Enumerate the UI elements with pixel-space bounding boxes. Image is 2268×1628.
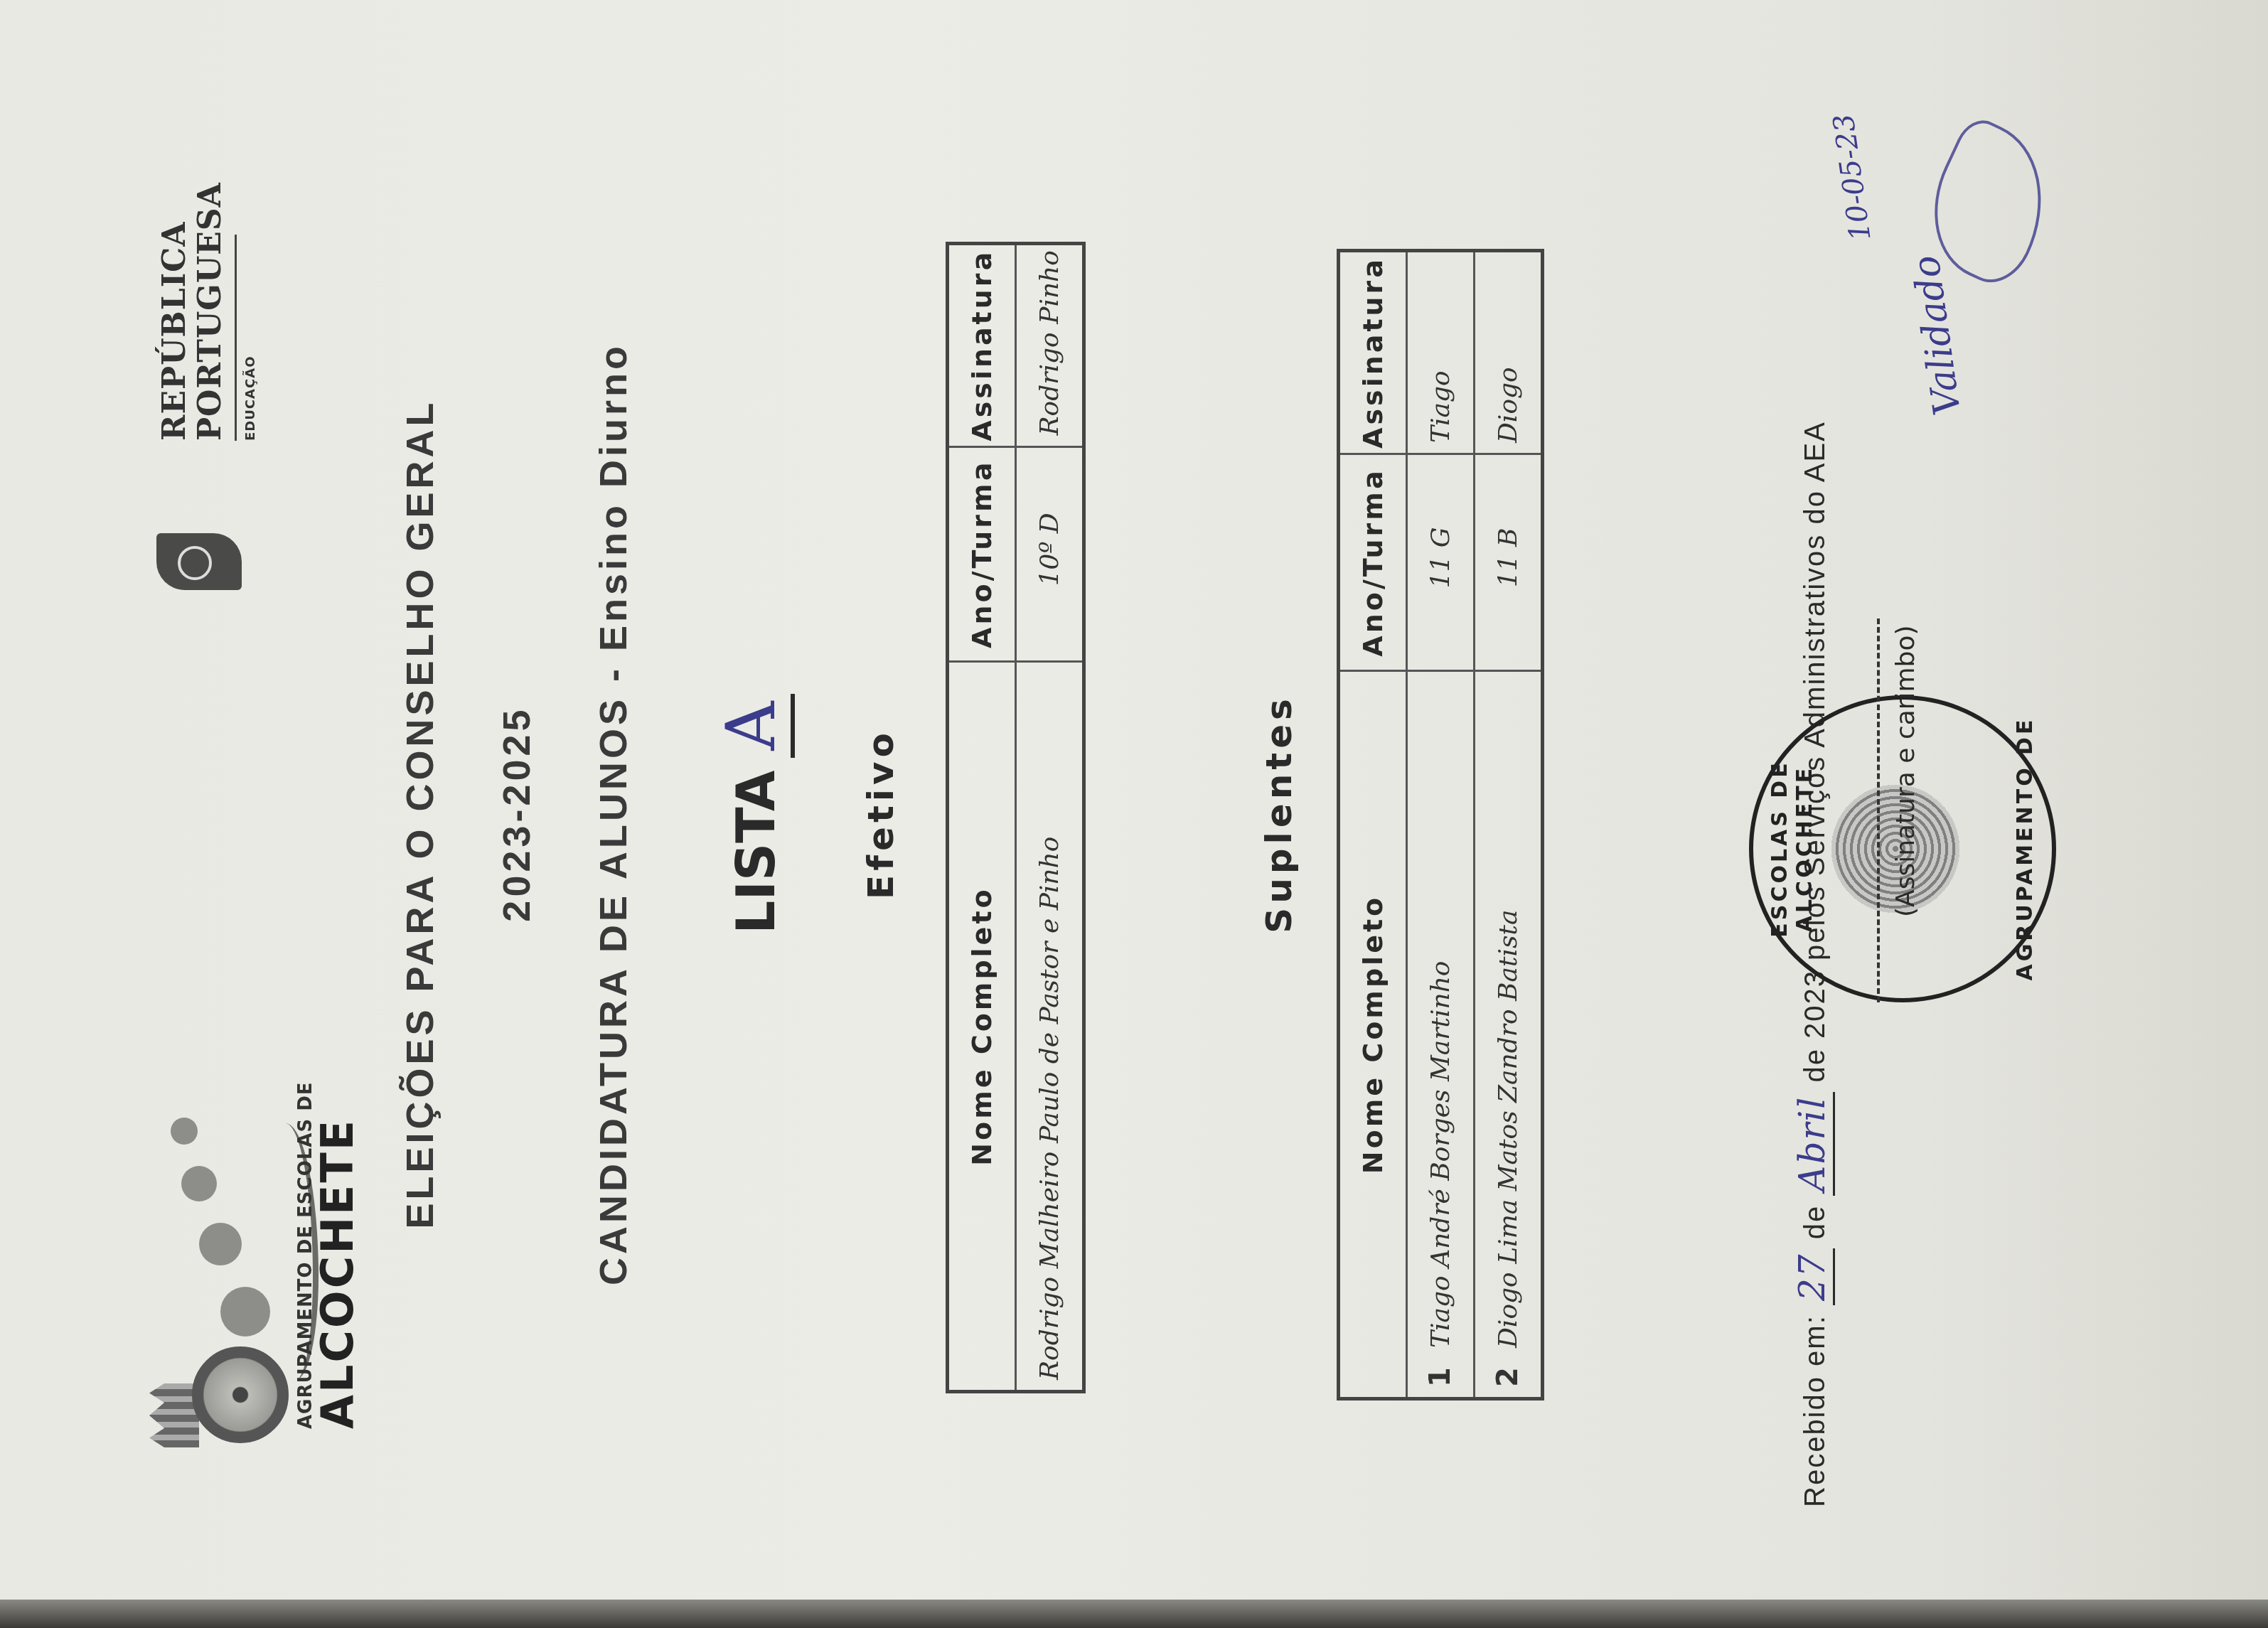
section-efetivo-title: Efetivo: [860, 0, 902, 1628]
candidate-class: 11 G: [1407, 454, 1475, 671]
republic-emblem-icon: [156, 533, 242, 590]
stamp-bottom-text: AGRUPAMENTO DE: [2013, 700, 2038, 998]
dot-icon: [181, 1166, 217, 1201]
candidate-name: Diogo Lima Matos Zandro Batista: [1475, 671, 1543, 1359]
received-label: Recebido em:: [1799, 1314, 1831, 1507]
signature-caption: (Assinatura e carimbo): [1891, 625, 1920, 917]
validation-date: 10-05-23: [1827, 112, 1878, 242]
candidate-class: 11 B: [1475, 454, 1543, 671]
column-header-ano-turma: Ano/Turma: [948, 446, 1016, 661]
column-header-nome: Nome Completo: [1339, 671, 1407, 1399]
validation-text: Validado: [1905, 253, 1969, 418]
candidate-name: Rodrigo Malheiro Paulo de Pastor e Pinho: [1016, 662, 1084, 1392]
header-logos: AGRUPAMENTO DE ESCOLAS DE ALCOCHETE REPÚ…: [114, 0, 370, 1628]
government-logo-line1: REPÚBLICA: [156, 222, 193, 441]
received-day: 27: [1792, 1248, 1835, 1305]
candidate-class: 10º D: [1016, 446, 1084, 661]
section-suplentes-title: Suplentes: [1258, 0, 1300, 1628]
government-logo-line2: PORTUGUESA: [192, 182, 228, 441]
title-candidacy: CANDIDATURA DE ALUNOS - Ensino Diurno: [592, 0, 636, 1628]
dot-icon: [199, 1223, 242, 1265]
validation-note: Validado 10-05-23: [1883, 108, 1927, 417]
list-designation: LISTAA: [711, 0, 791, 1628]
government-department: EDUCAÇÃO: [243, 356, 258, 441]
table-header-row: Nome Completo Ano/Turma Assinatura: [1339, 251, 1407, 1399]
title-term: 2023-2025: [495, 0, 539, 1628]
stamp-top-text: ESCOLAS DE ALCOCHETE: [1767, 700, 1817, 998]
table-row: 2 Diogo Lima Matos Zandro Batista 11 B D…: [1475, 251, 1543, 1399]
table-header-row: Nome Completo Ano/Turma Assinatura: [948, 244, 1016, 1392]
column-header-assinatura: Assinatura: [1339, 251, 1407, 454]
school-logo: AGRUPAMENTO DE ESCOLAS DE ALCOCHETE: [114, 1045, 355, 1443]
candidate-name: Tiago André Borges Martinho: [1407, 671, 1475, 1359]
dot-icon: [171, 1118, 198, 1145]
row-number: 2: [1475, 1358, 1543, 1399]
title-block: ELEIÇÕES PARA O CONSELHO GERAL 2023-2025…: [398, 0, 688, 1628]
received-month: Abril: [1792, 1092, 1835, 1196]
suplentes-table: Nome Completo Ano/Turma Assinatura 1 Tia…: [1337, 249, 1544, 1401]
table-row: 1 Tiago André Borges Martinho 11 G Tiago: [1407, 251, 1475, 1399]
logo-divider: [235, 235, 237, 441]
school-logo-name: ALCOCHETE: [311, 1118, 363, 1429]
signature-line: [1877, 618, 1880, 1002]
election-form-page: AGRUPAMENTO DE ESCOLAS DE ALCOCHETE REPÚ…: [0, 0, 2268, 1628]
column-header-ano-turma: Ano/Turma: [1339, 454, 1407, 671]
title-election: ELEIÇÕES PARA O CONSELHO GERAL: [398, 0, 442, 1628]
government-logo: REPÚBLICA PORTUGUESA EDUCAÇÃO: [135, 164, 320, 590]
received-de: de: [1799, 1205, 1831, 1240]
list-letter: A: [711, 694, 795, 757]
column-header-assinatura: Assinatura: [948, 244, 1016, 447]
candidate-signature: Diogo: [1475, 251, 1543, 454]
list-label: LISTA: [726, 771, 787, 934]
row-number: 1: [1407, 1358, 1475, 1399]
candidate-signature: Rodrigo Pinho: [1016, 244, 1084, 447]
column-header-nome: Nome Completo: [948, 662, 1016, 1392]
table-row: Rodrigo Malheiro Paulo de Pastor e Pinho…: [1016, 244, 1084, 1392]
efetivo-table: Nome Completo Ano/Turma Assinatura Rodri…: [946, 242, 1086, 1393]
candidate-signature: Tiago: [1407, 251, 1475, 454]
